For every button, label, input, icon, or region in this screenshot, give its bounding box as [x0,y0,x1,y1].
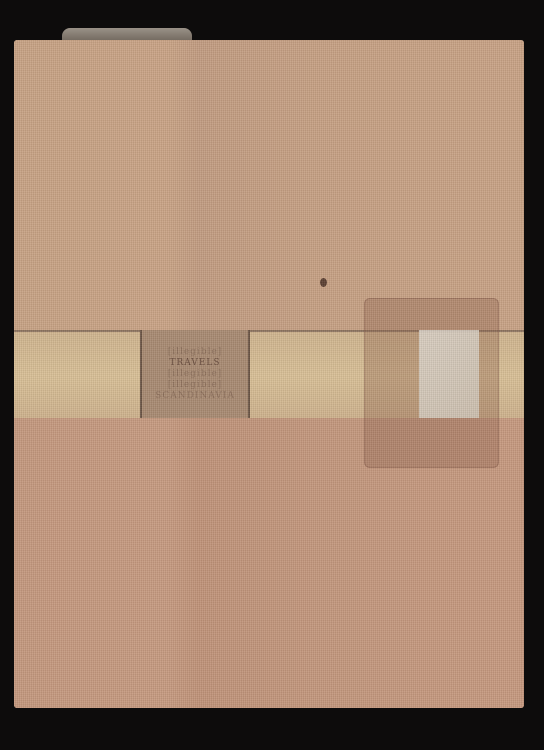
linen-texture [14,40,524,708]
book: [illegible] TRAVELS [illegible] [illegib… [14,40,524,708]
ribbon-fragment [62,28,192,40]
